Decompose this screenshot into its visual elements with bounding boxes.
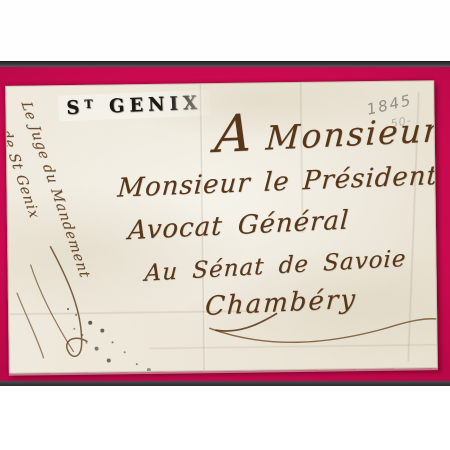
address-salutation: A Monsieur — [213, 95, 438, 165]
postmark-town: GENIX — [109, 92, 203, 117]
top-white-margin — [0, 0, 450, 61]
address-institution: Au Sénat de Savoie — [144, 246, 407, 287]
postmark-superscript-t: T — [84, 97, 98, 111]
address-recipient-office: Avocat Général — [127, 205, 350, 246]
ink-spatter-stain — [67, 308, 69, 310]
address-recipient-title: Monsieur le Président — [117, 161, 438, 204]
address-city: Chambéry — [204, 285, 357, 322]
photo-of-letter: ST GENIX 1845 50- A Monsieur Monsieur le… — [0, 0, 450, 450]
letter-cover: ST GENIX 1845 50- A Monsieur Monsieur le… — [5, 80, 438, 374]
fold-crease-horizontal-2 — [150, 343, 437, 350]
st-genix-linear-postmark: ST GENIX — [58, 90, 210, 122]
bottom-white-margin — [0, 386, 450, 450]
postmark-s: S — [66, 97, 85, 120]
